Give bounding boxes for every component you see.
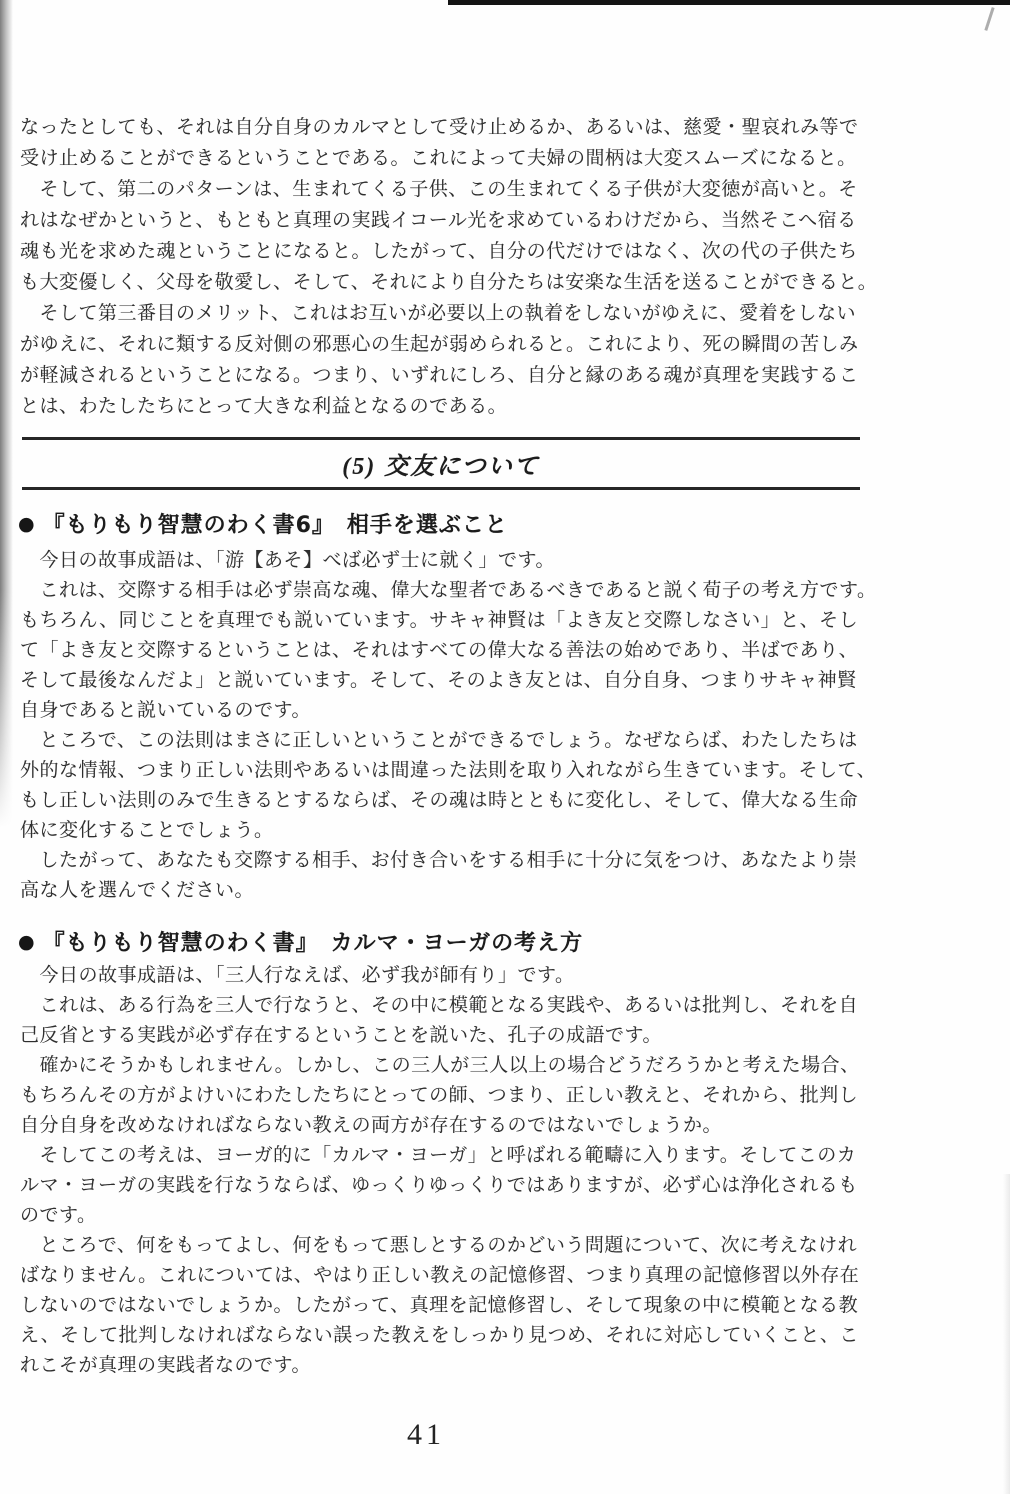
text-line: そして、第二のパターンは、生まれてくる子供、この生まれてくる子供が大変徳が高いと… [20,174,1000,205]
text-line: そして最後なんだよ」と説いています。そして、そのよき友とは、自分自身、つまりサキ… [20,666,1000,696]
text-line: がゆえに、それに類する反対側の邪悪心の生起が弱められると。これにより、死の瞬間の… [20,329,1000,360]
text-line: もし正しい法則のみで生きるとするならば、その魂は時とともに変化し、そして、偉大な… [20,786,1000,816]
text-line: もちろん、同じことを真理でも説いています。サキャ神賢は「よき友と交際しなさい」と… [20,606,1000,636]
text-line: が軽減されるということになる。つまり、いずれにしろ、自分と縁のある魂が真理を実践… [20,360,1000,391]
text-line: もちろんその方がよけいにわたしたちにとっての師、つまり、正しい教えと、それから、… [20,1081,1000,1111]
page-number: 41 [407,1418,445,1452]
text-line: とは、わたしたちにとって大きな利益となるのである。 [20,391,1000,422]
text-line: 受け止めることができるということである。これによって夫婦の間柄は大変スムーズにな… [20,143,1000,174]
text-line: 今日の故事成語は、「游【あそ】べば必ず士に就く」です。 [20,546,1000,576]
scan-edge-right-shade [1003,1174,1010,1494]
section-heading: (5) 交友について [342,446,540,481]
text-line: そして第三番目のメリット、これはお互いが必要以上の執着をしないがゆえに、愛着をし… [20,298,1000,329]
text-line: ところで、この法則はまさに正しいということができるでしょう。なぜならば、わたした… [20,726,1000,756]
bullet-icon: ● [18,513,36,535]
section1-title-text: 『もりもり智慧のわく書6』 相手を選ぶこと [43,508,508,539]
scan-corner-mark [984,7,994,31]
section-heading-band: (5) 交友について [22,437,860,490]
text-line: のです。 [20,1201,1000,1231]
text-line: 高な人を選んでください。 [20,876,1000,906]
text-line: これは、ある行為を三人で行なうと、その中に模範となる実践や、あるいは批判し、それ… [20,991,1000,1021]
text-line: ルマ・ヨーガの実践を行なうならば、ゆっくりゆっくりではありますが、必ず心は浄化さ… [20,1171,1000,1201]
text-line: も大変優しく、父母を敬愛し、そして、それにより自分たちは安楽な生活を送ることがで… [20,267,1000,298]
scanned-page: なったとしても、それは自分自身のカルマとして受け止めるか、あるいは、慈愛・聖哀れ… [0,0,1010,1494]
text-line: 自分自身を改めなければならない教えの両方が存在するのではないでしょうか。 [20,1111,1000,1141]
text-line: れこそが真理の実践者なのです。 [20,1351,1000,1381]
text-line: 確かにそうかもしれません。しかし、この三人が三人以上の場合どうだろうかと考えた場… [20,1051,1000,1081]
text-line: れはなぜかというと、もともと真理の実践イコール光を求めているわけだから、当然そこ… [20,205,1000,236]
text-line: しないのではないでしょうか。したがって、真理を記憶修習し、そして現象の中に模範と… [20,1291,1000,1321]
scan-edge-top-bar [448,0,1010,5]
text-line: したがって、あなたも交際する相手、お付き合いをする相手に十分に気をつけ、あなたよ… [20,846,1000,876]
section2-title: ● 『もりもり智慧のわく書』 カルマ・ヨーガの考え方 [18,926,988,957]
section2-body: 今日の故事成語は、「三人行なえば、必ず我が師有り」です。 これは、ある行為を三人… [20,961,1000,1381]
text-line: て「よき友と交際するということは、それはすべての偉大なる善法の始めであり、半ばで… [20,636,1000,666]
text-line: 体に変化することでしょう。 [20,816,1000,846]
intro-paragraph: なったとしても、それは自分自身のカルマとして受け止めるか、あるいは、慈愛・聖哀れ… [20,112,1000,422]
section1-title: ● 『もりもり智慧のわく書6』 相手を選ぶこと [18,508,988,539]
text-line: そしてこの考えは、ヨーガ的に「カルマ・ヨーガ」と呼ばれる範疇に入ります。そしてこ… [20,1141,1000,1171]
text-line: 己反省とする実践が必ず存在するということを説いた、孔子の成語です。 [20,1021,1000,1051]
text-line: ばなりません。これについては、やはり正しい教えの記憶修習、つまり真理の記憶修習以… [20,1261,1000,1291]
text-line: 自身であると説いているのです。 [20,696,1000,726]
text-line: 今日の故事成語は、「三人行なえば、必ず我が師有り」です。 [20,961,1000,991]
text-line: 魂も光を求めた魂ということになると。したがって、自分の代だけではなく、次の代の子… [20,236,1000,267]
text-line: 外的な情報、つまり正しい法則やあるいは間違った法則を取り入れながら生きています。… [20,756,1000,786]
binding-shadow-fade [0,590,15,870]
text-line: ところで、何をもってよし、何をもって悪しとするのかどいう問題について、次に考えな… [20,1231,1000,1261]
bullet-icon: ● [18,931,36,953]
section1-body: 今日の故事成語は、「游【あそ】べば必ず士に就く」です。 これは、交際する相手は必… [20,546,1000,906]
text-line: え、そして批判しなければならない誤った教えをしっかり見つめ、それに対応していくこ… [20,1321,1000,1351]
section2-title-text: 『もりもり智慧のわく書』 カルマ・ヨーガの考え方 [43,926,584,957]
text-line: これは、交際する相手は必ず崇高な魂、偉大な聖者であるべきであると説く荀子の考え方… [20,576,1000,606]
text-line: なったとしても、それは自分自身のカルマとして受け止めるか、あるいは、慈愛・聖哀れ… [20,112,1000,143]
